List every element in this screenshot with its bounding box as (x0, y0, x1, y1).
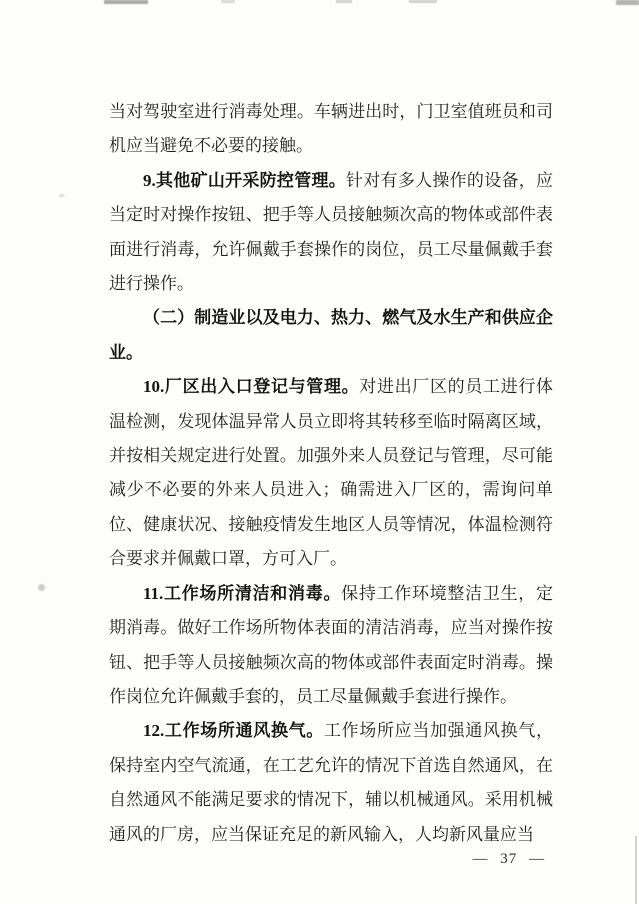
scan-artifact (616, 0, 639, 5)
scan-artifact (104, 0, 148, 4)
document-body: 当对驾驶室进行消毒处理。车辆进出时，门卫室值班员和司机应当避免不必要的接触。9.… (109, 95, 553, 852)
document-page: 当对驾驶室进行消毒处理。车辆进出时，门卫室值班员和司机应当避免不必要的接触。9.… (0, 0, 639, 904)
paragraph-lead: 10.厂区出入口登记与管理。 (143, 377, 359, 396)
paragraph-lead: （二）制造业以及电力、热力、燃气及水生产和供应企业。 (109, 308, 553, 361)
scan-artifact (336, 0, 352, 3)
scan-smudge (38, 584, 45, 591)
scan-artifact (221, 0, 235, 3)
scan-artifact (409, 0, 437, 3)
paragraph-continuation: 当对驾驶室进行消毒处理。车辆进出时，门卫室值班员和司机应当避免不必要的接触。 (109, 95, 553, 164)
scan-artifact (59, 194, 64, 197)
paragraph-text: 当对驾驶室进行消毒处理。车辆进出时，门卫室值班员和司机应当避免不必要的接触。 (109, 102, 553, 155)
paragraph-text: 对进出厂区的员工进行体温检测，发现体温异常人员立即将其转移至临时隔离区域，并按相… (109, 377, 553, 568)
paragraph-lead: 11.工作场所清洁和消毒。 (143, 584, 341, 603)
paragraph-lead: 12.工作场所通风换气。 (143, 721, 324, 740)
section-heading-2: （二）制造业以及电力、热力、燃气及水生产和供应企业。 (109, 301, 553, 370)
scan-edge-shadow (635, 836, 637, 904)
page-number: — 37 — (473, 851, 546, 868)
paragraph-item-11: 11.工作场所清洁和消毒。保持工作环境整洁卫生，定期消毒。做好工作场所物体表面的… (109, 577, 553, 715)
paragraph-item-12: 12.工作场所通风换气。工作场所应当加强通风换气，保持室内空气流通，在工艺允许的… (109, 714, 553, 852)
paragraph-lead: 9.其他矿山开采防控管理。 (143, 171, 346, 190)
paragraph-item-9: 9.其他矿山开采防控管理。针对有多人操作的设备，应当定时对操作按钮、把手等人员接… (109, 164, 553, 302)
paragraph-item-10: 10.厂区出入口登记与管理。对进出厂区的员工进行体温检测，发现体温异常人员立即将… (109, 370, 553, 576)
